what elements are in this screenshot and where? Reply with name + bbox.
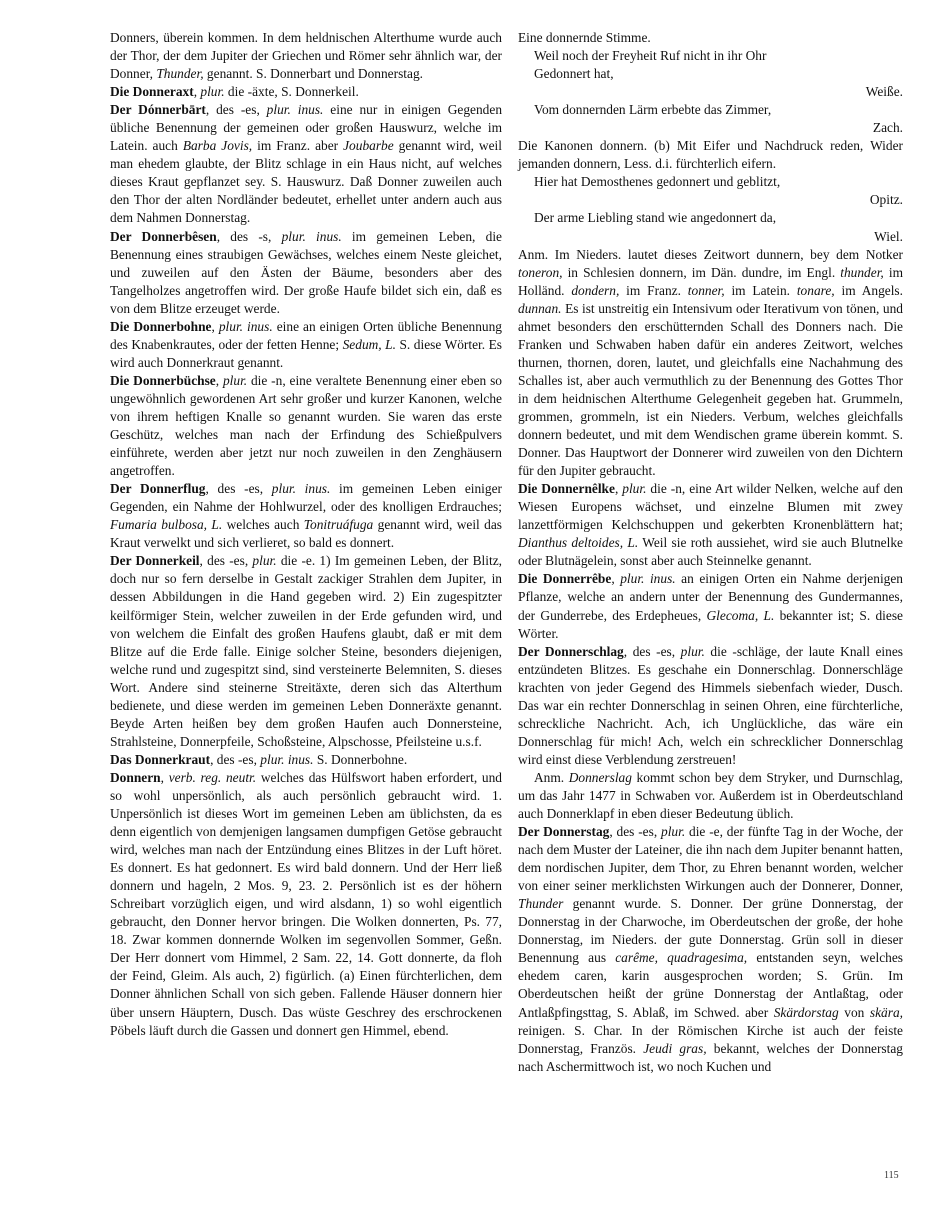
italic-term: Thunder: [518, 896, 563, 911]
headword: Der Donnerbêsen: [110, 229, 217, 244]
italic-term: plur.: [252, 553, 276, 568]
italic-term: plur.: [223, 373, 247, 388]
italic-term: Skärdorstag: [774, 1005, 839, 1020]
headword: Die Donneraxt: [110, 84, 194, 99]
dictionary-entry: Der Donnerbêsen, des -s, plur. inus. im …: [110, 228, 502, 318]
body-text: , des -es,: [210, 752, 260, 767]
body-text: , des -es,: [609, 824, 661, 839]
text-paragraph: Eine donnernde Stimme.: [518, 29, 903, 47]
italic-term: plur. inus.: [620, 571, 675, 586]
verse-quote: Der arme Liebling stand wie angedonnert …: [518, 209, 903, 227]
body-text: ,: [161, 770, 169, 785]
italic-term: plur.: [681, 644, 705, 659]
italic-term: tonare,: [797, 283, 835, 298]
italic-term: plur.: [661, 824, 685, 839]
body-text: genannt. S. Donnerbart und Donnerstag.: [204, 66, 423, 81]
text-paragraph: Anm. Donnerslag kommt schon bey dem Stry…: [518, 769, 903, 823]
dictionary-entry: Das Donnerkraut, des -es, plur. inus. S.…: [110, 751, 502, 769]
italic-term: Dianthus deltoides, L.: [518, 535, 638, 550]
dictionary-entry: Der Donnerflug, des -es, plur. inus. im …: [110, 480, 502, 552]
body-text: im Franz.: [619, 283, 687, 298]
body-text: Opitz.: [870, 192, 903, 207]
italic-term: skära,: [870, 1005, 903, 1020]
text-paragraph: Die Kanonen donnern. (b) Mit Eifer und N…: [518, 137, 903, 173]
body-text: Gedonnert hat,: [534, 66, 614, 81]
dictionary-entry: Der Donnerkeil, des -es, plur. die -e. 1…: [110, 552, 502, 751]
body-text: Weil noch der Freyheit Ruf nicht in ihr …: [534, 48, 766, 63]
body-text: , des -s,: [217, 229, 282, 244]
italic-term: Thunder,: [156, 66, 203, 81]
dictionary-page: Donners, überein kommen. In dem heldnisc…: [0, 0, 935, 1210]
body-text: welches auch: [222, 517, 304, 532]
body-text: die -e. 1) Im gemeinen Leben, der Blitz,…: [110, 553, 502, 748]
body-text: von: [839, 1005, 870, 1020]
body-text: Der arme Liebling stand wie angedonnert …: [534, 210, 776, 225]
body-text: Weiße.: [866, 84, 903, 99]
headword: Der Donnerschlag: [518, 644, 624, 659]
dictionary-entry: Die Donneraxt, plur. die -äxte, S. Donne…: [110, 83, 502, 101]
italic-term: plur. inus.: [219, 319, 273, 334]
headword: Die Donnerbüchse: [110, 373, 216, 388]
body-text: Anm.: [534, 770, 569, 785]
headword: Donnern: [110, 770, 161, 785]
italic-term: toneron,: [518, 265, 563, 280]
dictionary-entry: Der Dónnerbārt, des -es, plur. inus. ein…: [110, 101, 502, 227]
body-text: die -n, eine veraltete Benennung einer e…: [110, 373, 502, 478]
headword: Die Donnernêlke: [518, 481, 615, 496]
body-text: Die Kanonen donnern. (b) Mit Eifer und N…: [518, 138, 903, 171]
right-column: Eine donnernde Stimme.Weil noch der Frey…: [518, 29, 903, 1076]
italic-term: carême, quadragesima,: [615, 950, 747, 965]
headword: Der Dónnerbārt: [110, 102, 206, 117]
italic-term: verb. reg. neutr.: [169, 770, 256, 785]
quote-attribution: Opitz.: [518, 191, 903, 209]
italic-term: plur. inus.: [272, 481, 331, 496]
italic-term: Glecoma, L.: [707, 608, 775, 623]
quote-attribution: Zach.: [518, 119, 903, 137]
headword: Der Donnerflug: [110, 481, 206, 496]
body-text: , des -es,: [206, 102, 267, 117]
body-text: Anm. Im Nieders. lautet dieses Zeitwort …: [518, 247, 903, 262]
body-text: , des -es,: [624, 644, 681, 659]
dictionary-entry: Der Donnerstag, des -es, plur. die -e, d…: [518, 823, 903, 1076]
page-number: 115: [884, 1170, 899, 1181]
headword: Der Donnerstag: [518, 824, 609, 839]
body-text: ,: [211, 319, 218, 334]
body-text: , des -es,: [206, 481, 272, 496]
headword: Der Donnerkeil: [110, 553, 200, 568]
body-text: im Latein.: [725, 283, 797, 298]
italic-term: plur.: [200, 84, 224, 99]
dictionary-entry: Die Donnerrêbe, plur. inus. an einigen O…: [518, 570, 903, 642]
italic-term: thunder,: [840, 265, 884, 280]
body-text: Wiel.: [874, 229, 903, 244]
italic-term: Jeudi gras,: [643, 1041, 706, 1056]
italic-term: tonner,: [688, 283, 725, 298]
dictionary-entry: Donnern, verb. reg. neutr. welches das H…: [110, 769, 502, 1040]
text-paragraph: Anm. Im Nieders. lautet dieses Zeitwort …: [518, 246, 903, 481]
headword: Die Donnerbohne: [110, 319, 211, 334]
headword: Die Donnerrêbe: [518, 571, 611, 586]
body-text: Vom donnernden Lärm erbebte das Zimmer,: [534, 102, 771, 117]
verse-quote: Vom donnernden Lärm erbebte das Zimmer,: [518, 101, 903, 119]
text-paragraph: Donners, überein kommen. In dem heldnisc…: [110, 29, 502, 83]
body-text: ,: [611, 571, 620, 586]
italic-term: dondern,: [571, 283, 619, 298]
quote-attribution: Weiße.: [518, 83, 903, 101]
italic-term: Barba Jovis,: [183, 138, 252, 153]
left-column: Donners, überein kommen. In dem heldnisc…: [110, 29, 502, 1040]
body-text: die -schläge, der laute Knall eines entz…: [518, 644, 903, 767]
body-text: S. Donnerbohne.: [313, 752, 407, 767]
italic-term: plur.: [622, 481, 646, 496]
verse-quote: Weil noch der Freyheit Ruf nicht in ihr …: [518, 47, 903, 65]
verse-quote: Hier hat Demosthenes gedonnert und gebli…: [518, 173, 903, 191]
body-text: in Schlesien donnern, im Dän. dundre, im…: [563, 265, 841, 280]
italic-term: dunnan.: [518, 301, 562, 316]
italic-term: plur. inus.: [267, 102, 324, 117]
italic-term: Joubarbe: [343, 138, 394, 153]
body-text: ,: [216, 373, 223, 388]
body-text: die -äxte, S. Donnerkeil.: [225, 84, 359, 99]
italic-term: Tonitruáfuga: [304, 517, 373, 532]
body-text: im Franz. aber: [252, 138, 343, 153]
italic-term: Fumaria bulbosa, L.: [110, 517, 222, 532]
italic-term: plur. inus.: [282, 229, 342, 244]
italic-term: plur. inus.: [260, 752, 313, 767]
body-text: , des -es,: [200, 553, 253, 568]
body-text: Es ist unstreitig ein Intensivum oder It…: [518, 301, 903, 478]
dictionary-entry: Der Donnerschlag, des -es, plur. die -sc…: [518, 643, 903, 769]
verse-quote: Gedonnert hat,: [518, 65, 903, 83]
body-text: Zach.: [873, 120, 903, 135]
quote-attribution: Wiel.: [518, 228, 903, 246]
italic-term: Donnerslag: [569, 770, 632, 785]
body-text: welches das Hülfswort haben erfordert, u…: [110, 770, 502, 1038]
headword: Das Donnerkraut: [110, 752, 210, 767]
dictionary-entry: Die Donnernêlke, plur. die -n, eine Art …: [518, 480, 903, 570]
dictionary-entry: Die Donnerbohne, plur. inus. eine an ein…: [110, 318, 502, 372]
dictionary-entry: Die Donnerbüchse, plur. die -n, eine ver…: [110, 372, 502, 480]
italic-term: Sedum, L.: [343, 337, 396, 352]
body-text: im Angels.: [835, 283, 903, 298]
body-text: Hier hat Demosthenes gedonnert und gebli…: [534, 174, 780, 189]
body-text: Eine donnernde Stimme.: [518, 30, 651, 45]
